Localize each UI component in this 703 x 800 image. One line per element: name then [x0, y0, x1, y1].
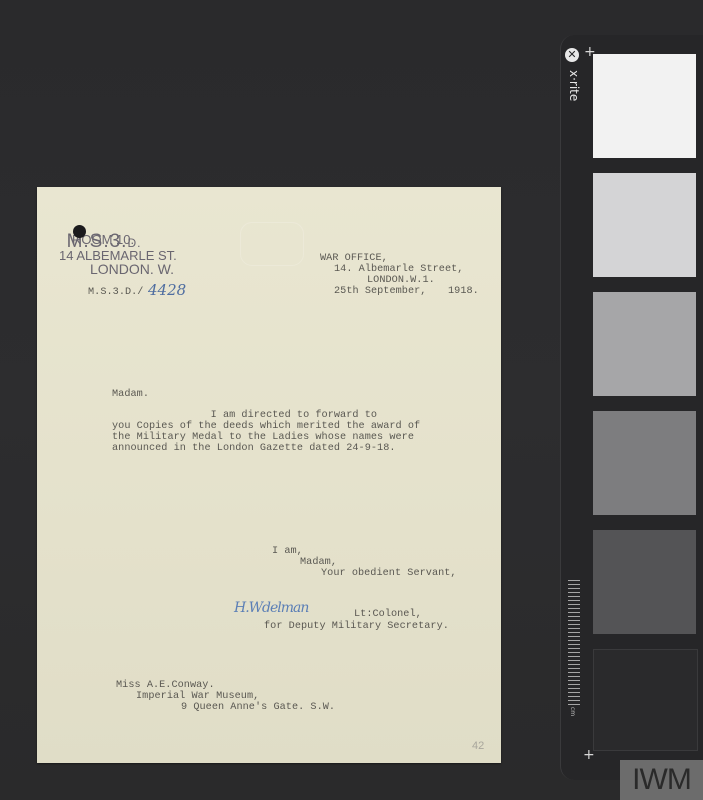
- body-line-4: announced in the London Gazette dated 24…: [112, 443, 396, 454]
- recipient-line-1: Miss A.E.Conway.: [116, 680, 215, 691]
- gray-patch-2: [593, 173, 696, 277]
- recipient-line-3: 9 Queen Anne's Gate. S.W.: [181, 702, 335, 713]
- stamp-line-4: LONDON. W.: [90, 261, 174, 277]
- iwm-watermark: IWM: [620, 760, 703, 800]
- gray-patch-4: [593, 411, 696, 515]
- gray-patch-3: [593, 292, 696, 396]
- punch-hole: [73, 225, 86, 238]
- sender-line-3: LONDON.W.1.: [367, 275, 435, 286]
- ruler-scale: [568, 580, 580, 705]
- body-line-1: I am directed to forward to: [112, 410, 377, 421]
- closing-line-3: Your obedient Servant,: [321, 568, 457, 579]
- sender-date: 25th September,: [334, 286, 426, 297]
- body-line-2: you Copies of the deeds which merited th…: [112, 421, 420, 432]
- recipient-line-2: Imperial War Museum,: [136, 691, 259, 702]
- closing-line-1: I am,: [272, 546, 303, 557]
- xrite-wordmark: x·rite: [567, 70, 581, 120]
- ruler-unit: cm: [569, 707, 576, 716]
- gray-patch-6: [593, 649, 698, 751]
- crosshair-bottom-icon: +: [583, 748, 595, 762]
- closing-line-2: Madam,: [300, 557, 337, 568]
- page-number: 42: [472, 740, 484, 752]
- xrite-logo: ✕ x·rite: [565, 48, 585, 138]
- body-line-3: the Military Medal to the Ladies whose n…: [112, 432, 414, 443]
- signatory-rank: Lt:Colonel,: [354, 609, 422, 620]
- reference-number: 4428: [148, 281, 186, 299]
- sender-line-1: WAR OFFICE,: [320, 253, 388, 264]
- xrite-mark-icon: ✕: [565, 48, 579, 62]
- sender-year: 1918.: [448, 286, 479, 297]
- reference-prefix: M.S.3.D./: [88, 287, 143, 298]
- signatory-role: for Deputy Military Secretary.: [264, 621, 449, 632]
- gray-patch-5: [593, 530, 696, 634]
- embossed-seal: [240, 222, 304, 266]
- salutation: Madam.: [112, 389, 149, 400]
- gray-patch-1: [593, 54, 696, 158]
- handwritten-signature: H.Wdelman: [234, 600, 308, 616]
- sender-line-2: 14. Albemarle Street,: [334, 264, 463, 275]
